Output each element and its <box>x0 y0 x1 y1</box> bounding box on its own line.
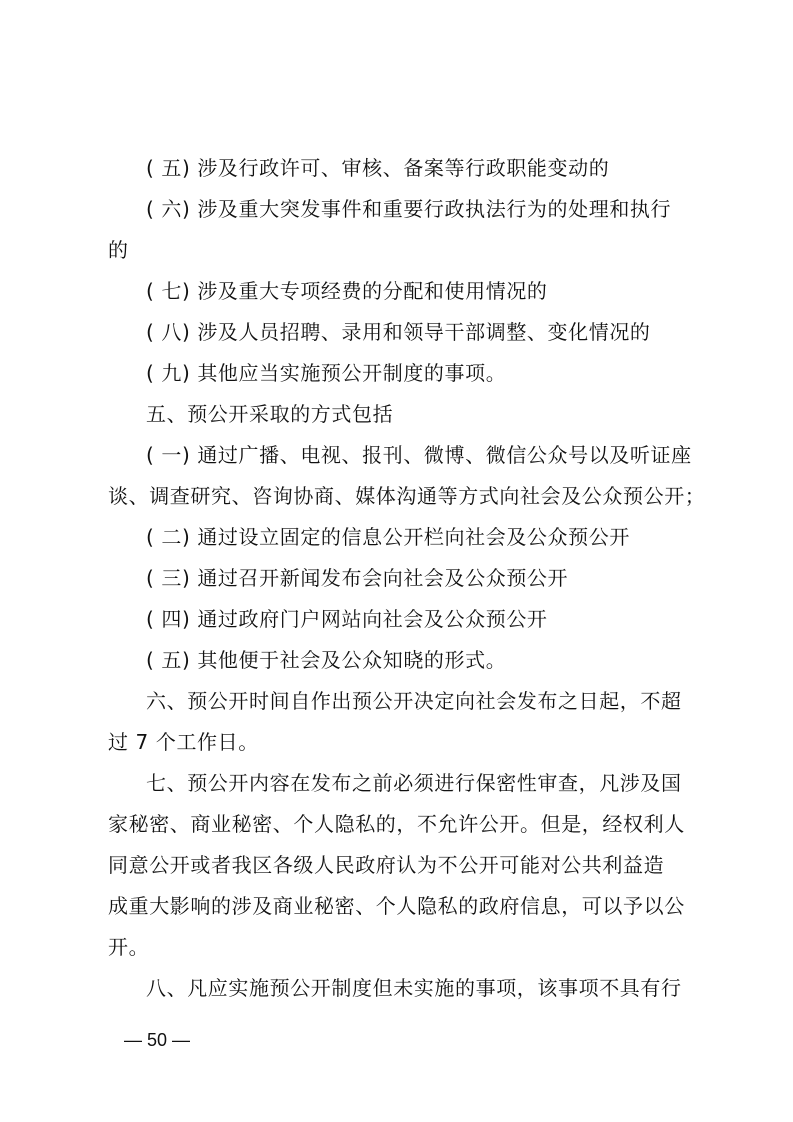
section-6-line-1: 六、预公开时间自作出预公开决定向社会发布之日起，不超 <box>108 681 686 722</box>
text-line-item-8: ( 八) 涉及人员招聘、录用和领导干部调整、变化情况的 <box>108 312 686 353</box>
section-7-line-4: 成重大影响的涉及商业秘密、个人隐私的政府信息，可以予以公 <box>108 886 686 927</box>
text-line-method-5: ( 五) 其他便于社会及公众知晓的形式。 <box>108 640 686 681</box>
text-line-method-2: ( 二) 通过设立固定的信息公开栏向社会及公众预公开 <box>108 517 686 558</box>
section-7-line-2: 家秘密、商业秘密、个人隐私的，不允许公开。但是，经权利人 <box>108 804 686 845</box>
text-line-method-1: ( 一) 通过广播、电视、报刊、微博、微信公众号以及听证座 <box>108 435 686 476</box>
text-line-method-4: ( 四) 通过政府门户网站向社会及公众预公开 <box>108 599 686 640</box>
text-line-item-6-cont: 的 <box>108 230 686 271</box>
section-7-line-3: 同意公开或者我区各级人民政府认为不公开可能对公共利益造 <box>108 845 686 886</box>
section-8-line-1: 八、凡应实施预公开制度但未实施的事项，该事项不具有行 <box>108 968 686 1009</box>
section-6-line-2: 过 7 个工作日。 <box>108 722 686 763</box>
text-line-item-9: ( 九) 其他应当实施预公开制度的事项。 <box>108 353 686 394</box>
page-number: — 50 — <box>124 1030 190 1051</box>
text-line-method-1-cont: 谈、调查研究、咨询协商、媒体沟通等方式向社会及公众预公开； <box>108 476 686 517</box>
text-line-method-3: ( 三) 通过召开新闻发布会向社会及公众预公开 <box>108 558 686 599</box>
section-heading-5: 五、预公开采取的方式包括 <box>108 394 686 435</box>
section-7-line-1: 七、预公开内容在发布之前必须进行保密性审查，凡涉及国 <box>108 763 686 804</box>
document-body: ( 五) 涉及行政许可、审核、备案等行政职能变动的 ( 六) 涉及重大突发事件和… <box>108 148 686 1009</box>
text-line-item-6: ( 六) 涉及重大突发事件和重要行政执法行为的处理和执行 <box>108 189 686 230</box>
text-line-item-7: ( 七) 涉及重大专项经费的分配和使用情况的 <box>108 271 686 312</box>
section-7-line-5: 开。 <box>108 927 686 968</box>
text-line-item-5: ( 五) 涉及行政许可、审核、备案等行政职能变动的 <box>108 148 686 189</box>
